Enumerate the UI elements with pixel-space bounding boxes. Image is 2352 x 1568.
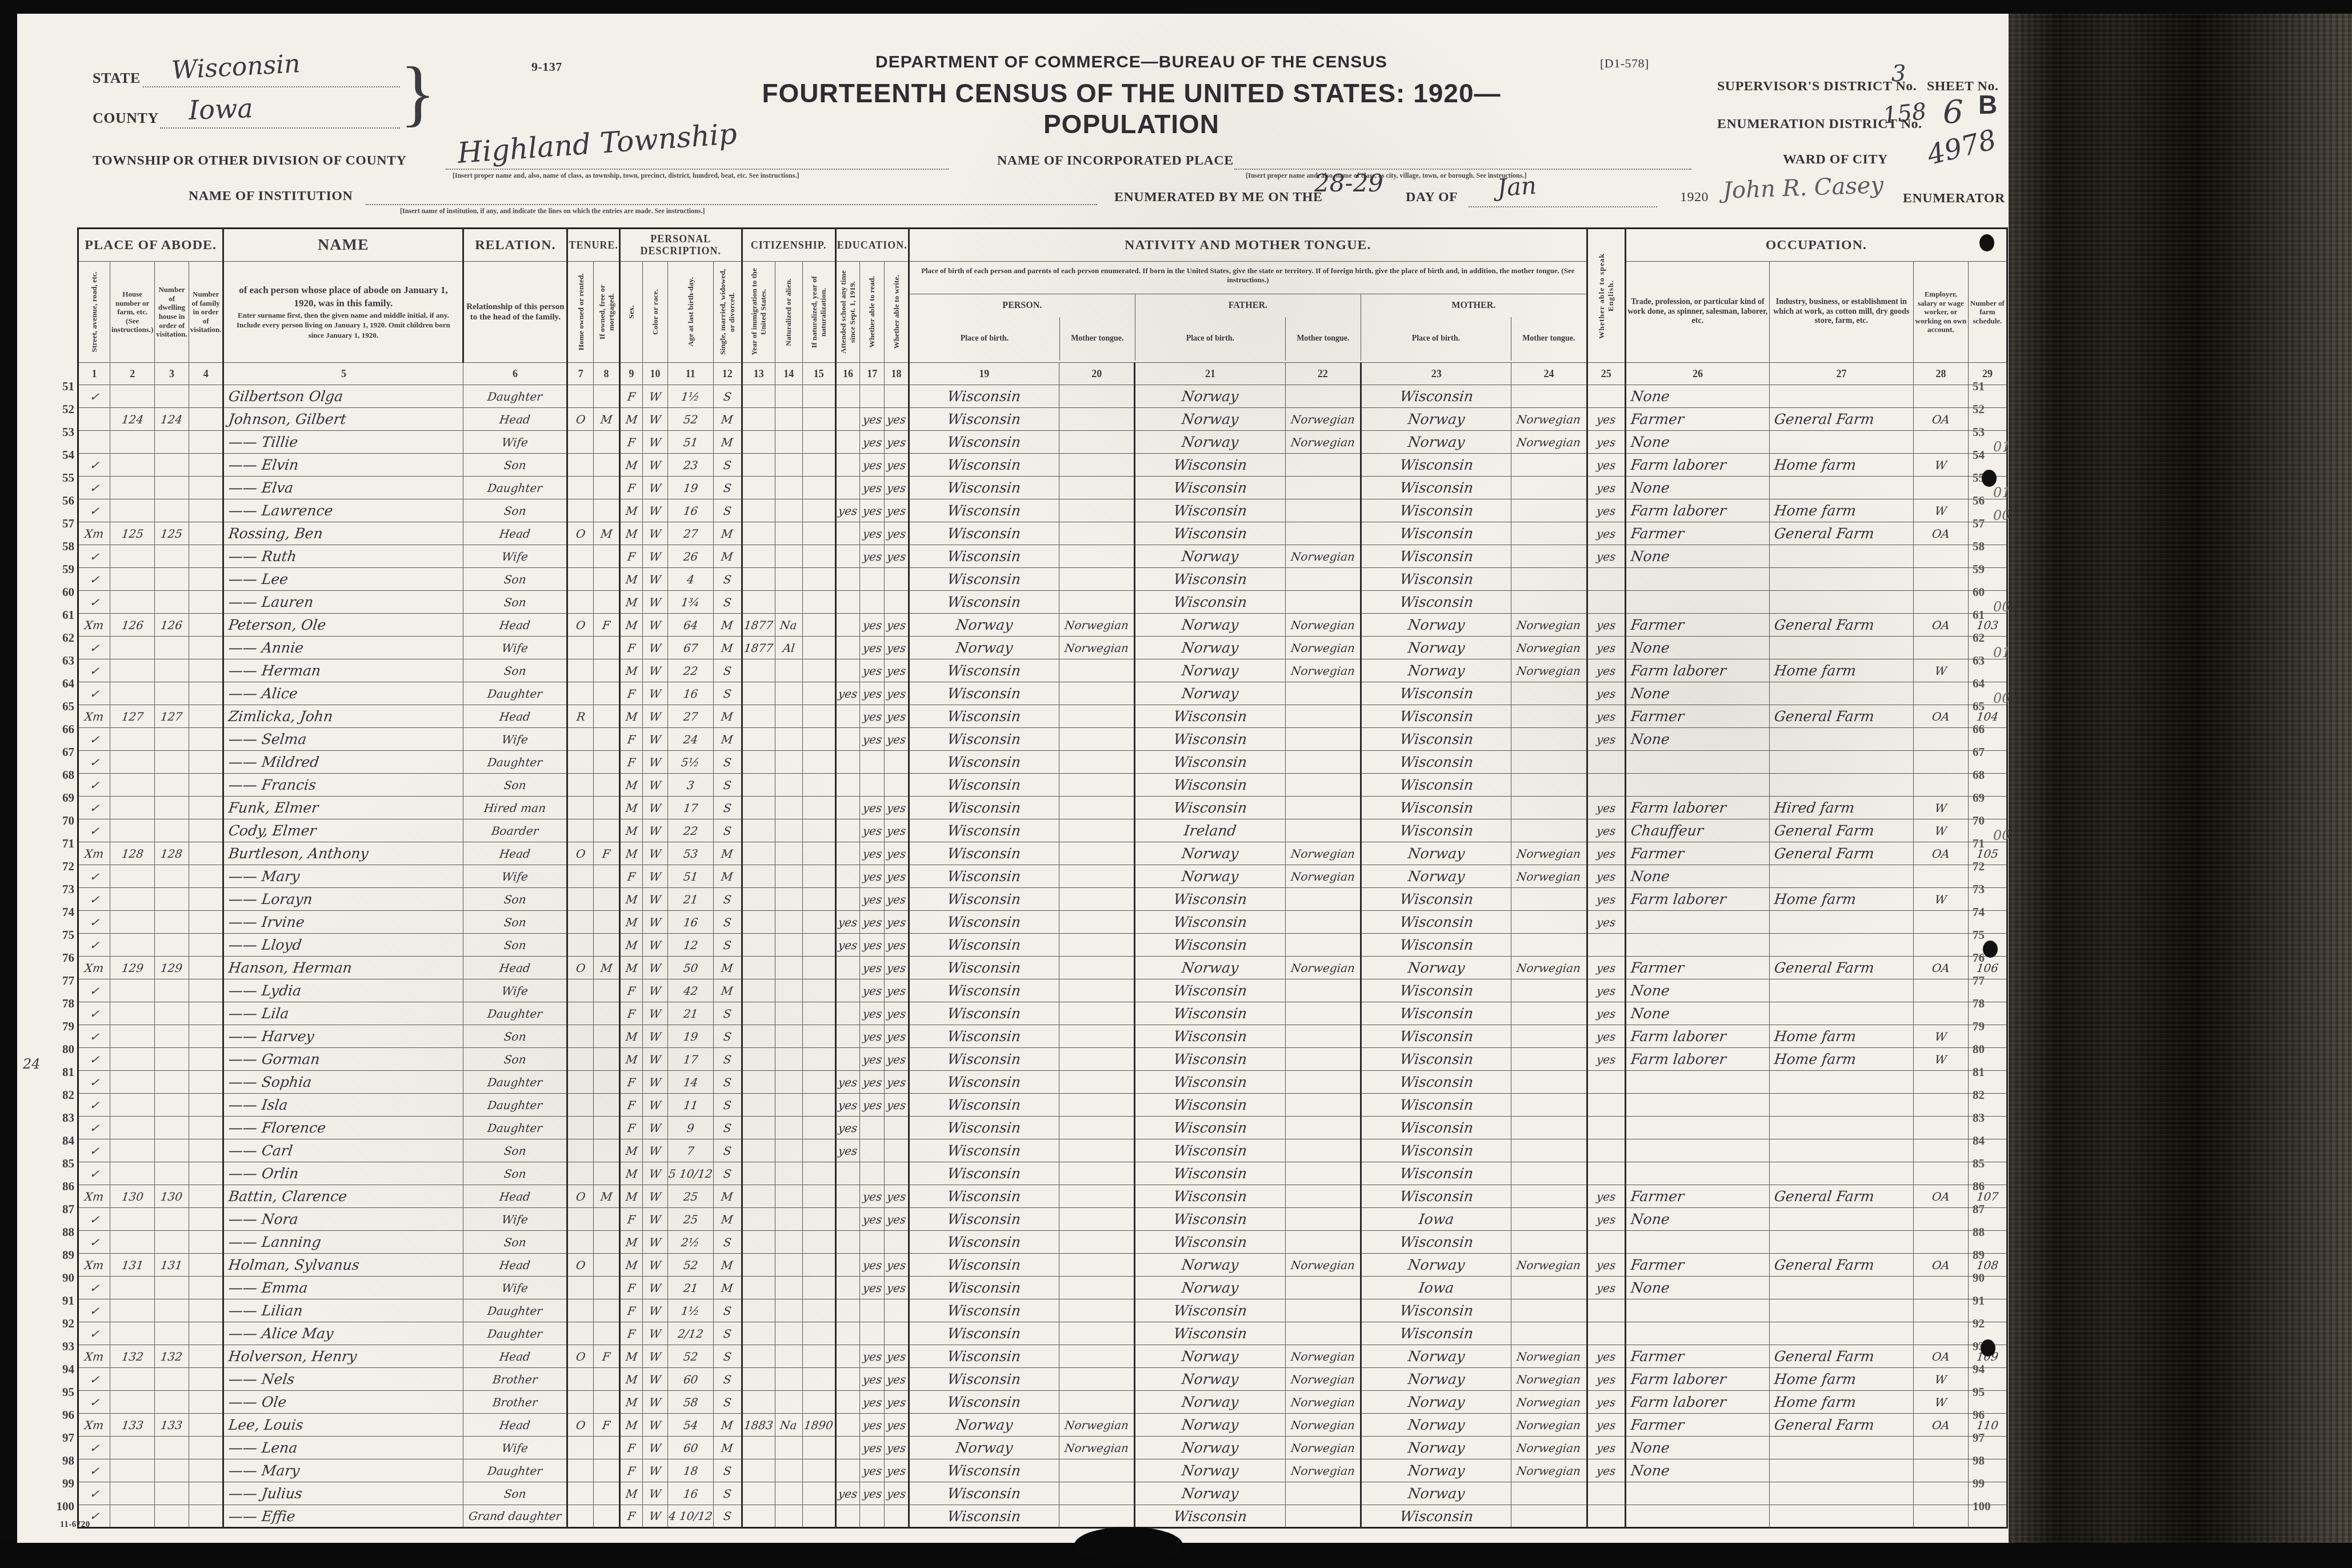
cell-nat_year: 1890 [802, 1414, 835, 1437]
cell-naturalized [775, 431, 802, 454]
cell-name: Battin, Clarence [223, 1185, 463, 1208]
cell-pob_father: Wisconsin [1135, 1025, 1285, 1048]
cell-pob: Wisconsin [909, 1391, 1059, 1414]
cell-trade: None [1625, 979, 1769, 1002]
cell-name: Burtleson, Anthony [223, 842, 463, 865]
cell-mt_father [1285, 751, 1361, 774]
table-row: ✓—— RuthWifeFW26MyesyesWisconsinNorwayNo… [78, 545, 2007, 568]
cell-pob_mother: Wisconsin [1361, 545, 1511, 568]
cell-name: —— Annie [223, 637, 463, 659]
cell-street: Xm [78, 1345, 110, 1368]
cell-sex: F [619, 477, 642, 499]
cell-tenure [567, 1071, 594, 1094]
cell-pob_mother: Wisconsin [1361, 385, 1511, 408]
cell-family [189, 659, 223, 682]
cell-employer: OA [1913, 842, 1968, 865]
line-number: 99 [49, 1472, 74, 1495]
line-number: 82 [1973, 1083, 1998, 1106]
enumerator-signature: John R. Casey [1722, 172, 1884, 204]
cell-read: yes [860, 1208, 885, 1231]
cell-age: 16 [667, 682, 713, 705]
table-row: ✓—— GormanSonMW17SyesyesWisconsinWiscons… [78, 1048, 2007, 1071]
cell-mt_father [1285, 1162, 1361, 1185]
cell-street: ✓ [78, 454, 110, 477]
cell-tenure [567, 979, 594, 1002]
cell-mortgage [594, 705, 620, 728]
line-number: 98 [49, 1449, 74, 1472]
cell-house [110, 1482, 155, 1505]
cell-family [189, 934, 223, 957]
cell-mt_father: Norwegian [1285, 1368, 1361, 1391]
cell-house [110, 1391, 155, 1414]
cell-pob_father: Norway [1135, 682, 1285, 705]
cell-family [189, 1025, 223, 1048]
cell-house [110, 431, 155, 454]
cell-family [189, 865, 223, 888]
cell-industry: Home farm [1769, 888, 1913, 911]
cell-dwelling: 132 [155, 1345, 189, 1368]
cell-pob_mother: Norway [1361, 1254, 1511, 1277]
cell-employer [1913, 1437, 1968, 1459]
cell-dwelling [155, 751, 189, 774]
cell-street: ✓ [78, 751, 110, 774]
cell-color: W [642, 408, 667, 431]
cell-dwelling [155, 477, 189, 499]
cell-color: W [642, 1117, 667, 1139]
cell-mortgage [594, 934, 620, 957]
cell-relation: Wife [463, 979, 567, 1002]
line-number: 91 [1973, 1289, 1998, 1312]
cell-nat_year [802, 659, 835, 682]
table-row: ✓—— FrancisSonMW3SWisconsinWisconsinWisc… [78, 774, 2007, 797]
cell-imm_year [742, 1482, 775, 1505]
cell-marital: S [713, 682, 742, 705]
table-row: ✓—— LilianDaughterFW1½SWisconsinWisconsi… [78, 1299, 2007, 1322]
cell-name: —— Selma [223, 728, 463, 751]
enumeration-district-value: 158 [1882, 98, 1928, 129]
cell-pob_mother: Wisconsin [1361, 1162, 1511, 1185]
cell-imm_year [742, 1208, 775, 1231]
cell-mother_tongue [1059, 1071, 1135, 1094]
cell-marital: S [713, 385, 742, 408]
cell-mortgage [594, 1254, 620, 1277]
cell-school [835, 1368, 860, 1391]
cell-family [189, 1482, 223, 1505]
cell-naturalized [775, 705, 802, 728]
cell-tenure [567, 1208, 594, 1231]
cell-pob_mother: Norway [1361, 842, 1511, 865]
cell-pob_father: Wisconsin [1135, 1139, 1285, 1162]
cell-mother_tongue: Norwegian [1059, 1414, 1135, 1437]
cell-name: —— Nels [223, 1368, 463, 1391]
cell-pob_father: Wisconsin [1135, 979, 1285, 1002]
cell-pob: Wisconsin [909, 751, 1059, 774]
cell-imm_year [742, 751, 775, 774]
cell-naturalized [775, 842, 802, 865]
cell-mt_mother [1511, 568, 1587, 591]
cell-street: ✓ [78, 1025, 110, 1048]
cell-nat_year [802, 1231, 835, 1254]
cell-mt_father [1285, 1299, 1361, 1322]
line-number: 96 [49, 1403, 74, 1426]
cell-age: 24 [667, 728, 713, 751]
cell-industry [1769, 728, 1913, 751]
cell-house [110, 477, 155, 499]
cell-naturalized [775, 499, 802, 522]
line-number: 69 [1973, 786, 1998, 809]
cell-imm_year [742, 1162, 775, 1185]
cell-nat_year [802, 842, 835, 865]
cell-marital: S [713, 774, 742, 797]
cell-mortgage [594, 545, 620, 568]
cell-nat_year [802, 1459, 835, 1482]
cell-trade [1625, 1139, 1769, 1162]
cell-marital: S [713, 1482, 742, 1505]
cell-pob_mother: Iowa [1361, 1208, 1511, 1231]
cell-house: 132 [110, 1345, 155, 1368]
cell-family [189, 888, 223, 911]
cell-imm_year [742, 1071, 775, 1094]
cell-marital: M [713, 1277, 742, 1299]
column-number: 25 [1587, 363, 1625, 385]
cell-pob_father: Wisconsin [1135, 1048, 1285, 1071]
cell-mt_father: Norwegian [1285, 1414, 1361, 1437]
cell-school [835, 591, 860, 614]
cell-age: 52 [667, 1345, 713, 1368]
table-row: ✓—— SophiaDaughterFW14SyesyesyesWisconsi… [78, 1071, 2007, 1094]
cell-mortgage [594, 979, 620, 1002]
cell-read: yes [860, 637, 885, 659]
cell-age: 18 [667, 1459, 713, 1482]
cell-relation: Head [463, 705, 567, 728]
cell-school [835, 797, 860, 819]
cell-tenure [567, 1117, 594, 1139]
cell-naturalized [775, 659, 802, 682]
township-line [446, 168, 949, 170]
cell-nat_year [802, 1254, 835, 1277]
cell-mortgage [594, 477, 620, 499]
cell-mother_tongue [1059, 1482, 1135, 1505]
cell-dwelling [155, 545, 189, 568]
cell-employer: W [1913, 1391, 1968, 1414]
cell-trade: Farm laborer [1625, 797, 1769, 819]
cell-mt_father [1285, 1094, 1361, 1117]
cell-read: yes [860, 1185, 885, 1208]
cell-naturalized: Al [775, 637, 802, 659]
cell-color: W [642, 888, 667, 911]
cell-write: yes [885, 1002, 909, 1025]
cell-english: yes [1587, 454, 1625, 477]
line-number: 75 [49, 923, 74, 946]
cell-mt_mother [1511, 728, 1587, 751]
cell-mt_father: Norwegian [1285, 957, 1361, 979]
cell-sex: M [619, 454, 642, 477]
cell-naturalized [775, 1048, 802, 1071]
cell-school [835, 545, 860, 568]
cell-dwelling [155, 1505, 189, 1528]
cell-naturalized [775, 385, 802, 408]
cell-pob_father: Norway [1135, 865, 1285, 888]
cell-dwelling [155, 797, 189, 819]
line-number: 59 [1973, 558, 1998, 581]
cell-name: Lee, Louis [223, 1414, 463, 1437]
scan-shadow-blob [1074, 1527, 1183, 1563]
cell-nat_year [802, 1071, 835, 1094]
cell-pob_mother: Norway [1361, 431, 1511, 454]
line-number: 82 [49, 1083, 74, 1106]
cell-school [835, 728, 860, 751]
cell-mt_mother [1511, 682, 1587, 705]
cell-trade: Farm laborer [1625, 659, 1769, 682]
cell-color: W [642, 431, 667, 454]
cell-employer [1913, 637, 1968, 659]
cell-pob: Wisconsin [909, 431, 1059, 454]
cell-english: yes [1587, 1254, 1625, 1277]
column-number: 8 [594, 363, 620, 385]
cell-street: ✓ [78, 637, 110, 659]
incorporated-place-label: NAME OF INCORPORATED PLACE [997, 153, 1234, 169]
cell-trade: Farm laborer [1625, 888, 1769, 911]
cell-color: W [642, 1299, 667, 1322]
description-header-row: Street, avenue, road, etc. House number … [78, 262, 2007, 363]
cell-employer: W [1913, 454, 1968, 477]
cell-school [835, 454, 860, 477]
cell-mt_father: Norwegian [1285, 1345, 1361, 1368]
cell-imm_year [742, 1505, 775, 1528]
cell-name: Gilbertson Olga [223, 385, 463, 408]
cell-mother_tongue [1059, 888, 1135, 911]
cell-read [860, 1322, 885, 1345]
cell-naturalized [775, 408, 802, 431]
cell-write: yes [885, 797, 909, 819]
cell-dwelling [155, 1277, 189, 1299]
cell-pob_father: Wisconsin [1135, 705, 1285, 728]
cell-tenure: O [567, 522, 594, 545]
cell-tenure [567, 1048, 594, 1071]
cell-write [885, 568, 909, 591]
cell-relation: Son [463, 1231, 567, 1254]
cell-color: W [642, 865, 667, 888]
cell-pob_father: Norway [1135, 1437, 1285, 1459]
cell-pob: Wisconsin [909, 1459, 1059, 1482]
cell-naturalized [775, 1345, 802, 1368]
cell-sex: M [619, 1162, 642, 1185]
cell-mt_father [1285, 682, 1361, 705]
cell-trade: None [1625, 431, 1769, 454]
line-number: 65 [49, 695, 74, 718]
cell-house [110, 865, 155, 888]
cell-name: —— Elvin [223, 454, 463, 477]
cell-employer [1913, 477, 1968, 499]
cell-mt_mother: Norwegian [1511, 659, 1587, 682]
cell-pob: Norway [909, 1414, 1059, 1437]
line-number: 66 [49, 718, 74, 741]
cell-english [1587, 1117, 1625, 1139]
cell-street: ✓ [78, 1277, 110, 1299]
cell-dwelling [155, 774, 189, 797]
cell-school [835, 979, 860, 1002]
cell-write [885, 591, 909, 614]
column-number: 3 [155, 363, 189, 385]
cell-trade [1625, 911, 1769, 934]
cell-imm_year [742, 774, 775, 797]
cell-school: yes [835, 682, 860, 705]
cell-pob_mother: Wisconsin [1361, 454, 1511, 477]
cell-industry: General Farm [1769, 1185, 1913, 1208]
cell-mt_father [1285, 1117, 1361, 1139]
col-header-marital: Single, married, widowed, or divorced. [713, 262, 742, 363]
cell-street: Xm [78, 614, 110, 637]
cell-pob: Wisconsin [909, 499, 1059, 522]
cell-mt_mother [1511, 1299, 1587, 1322]
cell-mt_mother: Norwegian [1511, 1345, 1587, 1368]
punch-hole [1983, 941, 1998, 958]
cell-age: 27 [667, 705, 713, 728]
cell-mortgage [594, 1437, 620, 1459]
cell-naturalized: Na [775, 1414, 802, 1437]
cell-mt_father [1285, 1208, 1361, 1231]
cell-house [110, 1139, 155, 1162]
line-number: 79 [1973, 1015, 1998, 1038]
cell-trade [1625, 1482, 1769, 1505]
cell-relation: Wife [463, 1208, 567, 1231]
cell-dwelling [155, 1322, 189, 1345]
cell-mt_father: Norwegian [1285, 659, 1361, 682]
cell-nat_year [802, 1139, 835, 1162]
cell-relation: Daughter [463, 1002, 567, 1025]
cell-relation: Head [463, 1185, 567, 1208]
cell-pob_mother: Wisconsin [1361, 1231, 1511, 1254]
col-header-house: House number or farm, etc. (See instruct… [110, 262, 155, 363]
cell-dwelling [155, 1094, 189, 1117]
cell-write [885, 1322, 909, 1345]
cell-imm_year [742, 522, 775, 545]
cell-mt_mother [1511, 477, 1587, 499]
cell-industry: Home farm [1769, 499, 1913, 522]
cell-pob_father: Wisconsin [1135, 911, 1285, 934]
cell-write: yes [885, 659, 909, 682]
township-label: TOWNSHIP OR OTHER DIVISION OF COUNTY [93, 153, 406, 169]
cell-read: yes [860, 499, 885, 522]
institution-label: NAME OF INSTITUTION [189, 189, 353, 204]
cell-name: —— Gorman [223, 1048, 463, 1071]
cell-color: W [642, 545, 667, 568]
cell-dwelling [155, 1208, 189, 1231]
cell-mother_tongue [1059, 454, 1135, 477]
table-row: ✓—— FlorenceDaughterFW9SyesWisconsinWisc… [78, 1117, 2007, 1139]
cell-color: W [642, 1231, 667, 1254]
cell-mother_tongue [1059, 522, 1135, 545]
cell-mt_mother: Norwegian [1511, 1391, 1587, 1414]
cell-dwelling [155, 499, 189, 522]
cell-pob: Wisconsin [909, 1025, 1059, 1048]
cell-relation: Boarder [463, 819, 567, 842]
cell-relation: Son [463, 591, 567, 614]
cell-mt_father: Norwegian [1285, 614, 1361, 637]
cell-employer [1913, 568, 1968, 591]
cell-street: Xm [78, 842, 110, 865]
cell-color: W [642, 1322, 667, 1345]
column-number: 14 [775, 363, 802, 385]
cell-dwelling: 125 [155, 522, 189, 545]
cell-trade: Farmer [1625, 1414, 1769, 1437]
cell-school [835, 842, 860, 865]
cell-tenure [567, 1139, 594, 1162]
cell-mt_father [1285, 728, 1361, 751]
cell-age: 52 [667, 408, 713, 431]
cell-marital: M [713, 408, 742, 431]
cell-mt_mother [1511, 454, 1587, 477]
cell-industry [1769, 1231, 1913, 1254]
line-number: 58 [1973, 535, 1998, 558]
table-row: ✓—— IslaDaughterFW11SyesyesyesWisconsinW… [78, 1094, 2007, 1117]
cell-dwelling [155, 1048, 189, 1071]
cell-nat_year [802, 1162, 835, 1185]
cell-naturalized [775, 591, 802, 614]
cell-house: 133 [110, 1414, 155, 1437]
cell-sex: M [619, 659, 642, 682]
line-number: 86 [1973, 1175, 1998, 1198]
cell-relation: Son [463, 1139, 567, 1162]
cell-marital: M [713, 1185, 742, 1208]
cell-mortgage [594, 499, 620, 522]
cell-industry [1769, 1482, 1913, 1505]
cell-color: W [642, 499, 667, 522]
cell-mt_mother [1511, 1482, 1587, 1505]
cell-pob: Wisconsin [909, 957, 1059, 979]
cell-pob_mother: Norway [1361, 957, 1511, 979]
cell-mt_father [1285, 934, 1361, 957]
township-note: [Insert proper name and, also, name of c… [453, 171, 799, 180]
table-row: Xm127127Zimlicka, JohnHeadRMW27MyesyesWi… [78, 705, 2007, 728]
cell-name: —— Sophia [223, 1071, 463, 1094]
cell-pob_mother: Norway [1361, 659, 1511, 682]
cell-pob: Wisconsin [909, 454, 1059, 477]
cell-mt_father: Norwegian [1285, 1254, 1361, 1277]
cell-trade: Farmer [1625, 408, 1769, 431]
cell-sex: M [619, 705, 642, 728]
cell-school [835, 477, 860, 499]
cell-pob_mother: Norway [1361, 1482, 1511, 1505]
cell-pob_mother: Wisconsin [1361, 1094, 1511, 1117]
cell-mt_father [1285, 1071, 1361, 1094]
department-title: DEPARTMENT OF COMMERCE—BUREAU OF THE CEN… [731, 53, 1531, 72]
cell-house: 131 [110, 1254, 155, 1277]
cell-pob: Wisconsin [909, 1322, 1059, 1345]
cell-imm_year [742, 431, 775, 454]
line-number: 84 [1973, 1129, 1998, 1152]
line-number: 85 [49, 1152, 74, 1175]
cell-mt_father [1285, 705, 1361, 728]
cell-house [110, 545, 155, 568]
cell-english: yes [1587, 1048, 1625, 1071]
cell-marital: S [713, 1117, 742, 1139]
cell-marital: S [713, 477, 742, 499]
cell-employer: OA [1913, 614, 1968, 637]
cell-mother_tongue [1059, 705, 1135, 728]
line-number: 63 [49, 649, 74, 672]
cell-nat_year [802, 751, 835, 774]
county-value: Iowa [188, 93, 253, 126]
cell-marital: S [713, 499, 742, 522]
cell-imm_year [742, 1368, 775, 1391]
cell-house [110, 637, 155, 659]
cell-relation: Hired man [463, 797, 567, 819]
cell-read: yes [860, 1094, 885, 1117]
cell-street: ✓ [78, 865, 110, 888]
table-row: 124124Johnson, GilbertHeadOMMW52MyesyesW… [78, 408, 2007, 431]
cell-nat_year [802, 1505, 835, 1528]
